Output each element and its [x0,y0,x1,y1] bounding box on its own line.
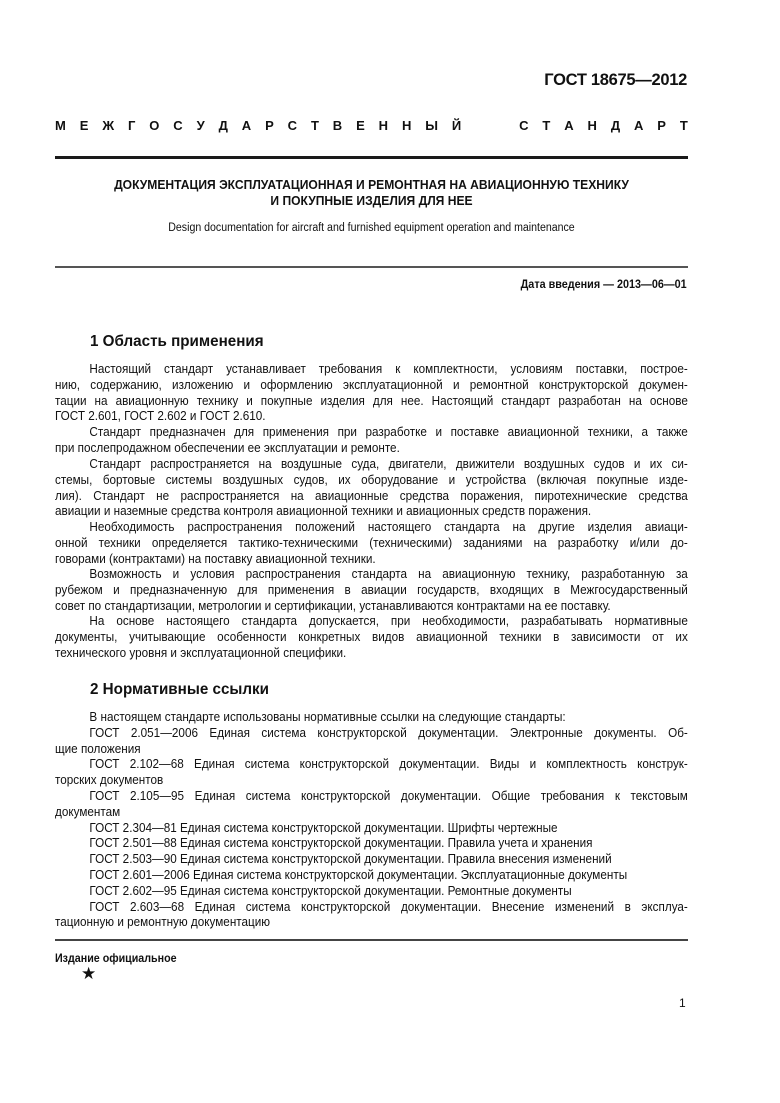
banner-letter: Н [379,118,388,133]
reference-item: ГОСТ 2.603—68 Единая система конструктор… [55,900,688,932]
banner-letter: Н [588,118,597,133]
document-title: ДОКУМЕНТАЦИЯ ЭКСПЛУАТАЦИОННАЯ И РЕМОНТНА… [77,177,666,209]
text-line: совет по стандартизации, метрологии и се… [55,599,688,615]
normative-references-list: В настоящем стандарте использованы норма… [55,710,688,931]
text-line: Стандарт предназначен для применения при… [55,425,688,441]
section-1-paragraph: Стандарт распространяется на воздушные с… [55,457,688,520]
reference-item: ГОСТ 2.602—95 Единая система конструктор… [55,884,688,900]
banner-letter: Н [402,118,411,133]
banner-letter: Е [356,118,365,133]
banner-letter: А [564,118,573,133]
text-line: ГОСТ 2.501—88 Единая система конструктор… [55,836,688,852]
section-1-heading: 1 Область применения [90,333,264,351]
footer-divider [55,939,688,941]
banner-letter: С [288,118,297,133]
text-line: ГОСТ 2.102—68 Единая система конструктор… [55,757,688,773]
text-line: технического уровня и эксплуатационной с… [55,646,688,662]
text-line: стемы, бортовые системы воздушных судов,… [55,473,688,489]
text-line: Стандарт распространяется на воздушные с… [55,457,688,473]
text-line: Необходимость распространения положений … [55,520,688,536]
reference-item: ГОСТ 2.601—2006 Единая система конструкт… [55,868,688,884]
text-line: нию, содержанию, изложению и оформлению … [55,378,688,394]
banner-letter: Р [657,118,666,133]
text-line: рубежом и предназначенную для применения… [55,583,688,599]
banner-letter: Д [611,118,620,133]
text-line: ГОСТ 2.602—95 Единая система конструктор… [55,884,688,900]
banner-letter: Т [680,118,688,133]
title-line-2: И ПОКУПНЫЕ ИЗДЕЛИЯ ДЛЯ НЕЕ [77,193,666,209]
banner-letter: У [197,118,205,133]
page-number: 1 [679,996,686,1010]
banner-letter: Г [128,118,135,133]
text-line: тационную и ремонтную документацию [55,915,688,931]
section-1-paragraph: Настоящий стандарт устанавливает требова… [55,362,688,425]
standard-type-banner: МЕЖГОСУДАРСТВЕННЫЙСТАНДАРТ [55,118,688,133]
text-line: лия). Стандарт не распространяется на ав… [55,489,688,505]
reference-item: ГОСТ 2.102—68 Единая система конструктор… [55,757,688,789]
text-line: тации на авиационную технику и покупные … [55,394,688,410]
text-line: онной техники определяется тактико-техни… [55,536,688,552]
banner-letter: М [55,118,66,133]
banner-word-gap [475,118,505,133]
banner-letter: Т [311,118,319,133]
text-line: ГОСТ 2.601, ГОСТ 2.602 и ГОСТ 2.610. [55,409,688,425]
introduction-date: Дата введения — 2013—06—01 [521,279,687,291]
text-line: На основе настоящего стандарта допускает… [55,614,688,630]
title-line-1: ДОКУМЕНТАЦИЯ ЭКСПЛУАТАЦИОННАЯ И РЕМОНТНА… [77,177,666,193]
banner-letter: О [149,118,159,133]
text-line: при послепродажном обеспечении ее эксплу… [55,441,688,457]
section-1-paragraph: Возможность и условия распространения ст… [55,567,688,614]
text-line: ГОСТ 2.051—2006 Единая система конструкт… [55,726,688,742]
section-1-paragraph: На основе настоящего стандарта допускает… [55,614,688,661]
standard-number: ГОСТ 18675—2012 [544,71,687,90]
text-line: ГОСТ 2.601—2006 Единая система конструкт… [55,868,688,884]
text-line: ГОСТ 2.603—68 Единая система конструктор… [55,900,688,916]
banner-letter: Е [80,118,89,133]
text-line: документы, учитывающие особенности конкр… [55,630,688,646]
banner-letter: Р [265,118,274,133]
banner-letter: Ж [102,118,114,133]
reference-item: ГОСТ 2.105—95 Единая система конструктор… [55,789,688,821]
text-line: ГОСТ 2.105—95 Единая система конструктор… [55,789,688,805]
reference-item: ГОСТ 2.051—2006 Единая система конструкт… [55,726,688,758]
text-line: ГОСТ 2.304—81 Единая система конструктор… [55,821,688,837]
banner-letter: Ы [425,118,438,133]
banner-letter: А [242,118,251,133]
banner-letter: А [634,118,643,133]
reference-item: ГОСТ 2.501—88 Единая система конструктор… [55,836,688,852]
header-divider [55,156,688,159]
reference-item: ГОСТ 2.304—81 Единая система конструктор… [55,821,688,837]
text-line: Настоящий стандарт устанавливает требова… [55,362,688,378]
english-title: Design documentation for aircraft and fu… [80,222,662,234]
title-divider [55,266,688,268]
text-line: документам [55,805,688,821]
text-line: торских документов [55,773,688,789]
section-1-paragraph: Необходимость распространения положений … [55,520,688,567]
official-edition-label: Издание официальное [55,953,177,965]
banner-letter: Т [542,118,550,133]
banner-letter: Д [219,118,228,133]
reference-item: В настоящем стандарте использованы норма… [55,710,688,726]
text-line: говорами (контрактами) на поставку авиац… [55,552,688,568]
text-line: Возможность и условия распространения ст… [55,567,688,583]
banner-letter: В [333,118,342,133]
text-line: ГОСТ 2.503—90 Единая система конструктор… [55,852,688,868]
banner-letter: С [519,118,528,133]
text-line: щие положения [55,742,688,758]
section-1-paragraph: Стандарт предназначен для применения при… [55,425,688,457]
text-line: авиации и наземные средства контроля ави… [55,504,688,520]
banner-letter: Й [452,118,461,133]
star-icon: ★ [81,964,96,984]
text-line: В настоящем стандарте использованы норма… [55,710,688,726]
reference-item: ГОСТ 2.503—90 Единая система конструктор… [55,852,688,868]
banner-letter: С [173,118,182,133]
section-2-heading: 2 Нормативные ссылки [90,681,269,699]
